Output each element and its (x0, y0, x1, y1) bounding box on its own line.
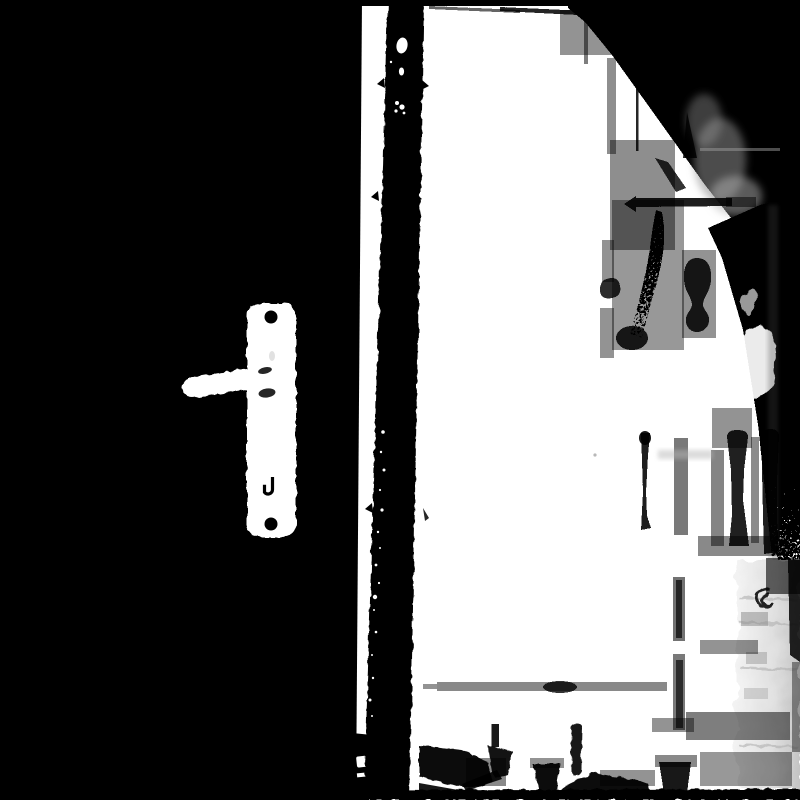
paint-speck (395, 101, 399, 105)
paint-speck (369, 699, 372, 702)
faint-smudge-line (658, 450, 713, 459)
shelf-line-dense-blob (543, 681, 577, 693)
paint-speck (375, 564, 378, 567)
door-silhouette (0, 0, 362, 800)
paint-speck (371, 654, 373, 656)
funnel-pot (659, 762, 691, 793)
column-block-3 (744, 688, 768, 699)
streak-dark-foot (616, 326, 648, 350)
speckled-strip-3 (751, 437, 759, 543)
paint-speck (371, 715, 373, 717)
paint-speck (377, 531, 379, 533)
hook-speckle-trail-down (600, 308, 614, 358)
speckle-patch-top (560, 10, 615, 55)
paint-speck (394, 109, 397, 112)
paint-speck (399, 104, 404, 109)
tools-bottom-speckle (698, 536, 790, 556)
bottom-floor-bar (352, 789, 800, 800)
column-block-1 (741, 612, 768, 626)
column-speckle-band-1 (700, 640, 758, 654)
shelf-line-faint (700, 148, 780, 151)
speckled-strip-2 (711, 450, 724, 546)
paint-speck (372, 677, 374, 679)
boot-stem (492, 724, 500, 747)
shelf-line-tail (423, 684, 437, 689)
paint-speck (373, 595, 377, 599)
paint-speck (375, 631, 378, 634)
drip-line-upper-core (676, 580, 682, 638)
paint-speck (378, 582, 380, 584)
paint-blob-small (399, 68, 404, 76)
paint-speck (380, 451, 382, 453)
screw-top (265, 311, 278, 324)
dotted-column-2 (607, 58, 616, 154)
column-speckle-low (700, 752, 792, 786)
photo-stage (0, 0, 800, 800)
column-speckle-band-2 (686, 712, 790, 740)
doorway-photo (0, 0, 800, 800)
paint-speck (379, 489, 381, 491)
screw-bottom (265, 518, 278, 531)
arrow-bar-fade (726, 197, 756, 207)
paint-speck (380, 508, 383, 511)
plate-smudge (269, 351, 275, 361)
right-edge-fade (792, 662, 800, 752)
stray-dot (593, 453, 596, 456)
drip-line-lower-core (676, 660, 683, 728)
paint-speck (381, 430, 385, 434)
paint-speck (390, 61, 392, 63)
paint-speck (403, 112, 406, 115)
column-speckle-band-3 (652, 718, 694, 732)
paint-speck (379, 547, 381, 549)
paint-speck (383, 469, 386, 472)
mound-speckle (600, 770, 655, 786)
worn-white-patch-small (740, 289, 756, 315)
mallet-tool-2 (762, 429, 779, 554)
bolt (571, 724, 582, 776)
paint-speck (373, 609, 375, 611)
handle-backplate (247, 303, 296, 537)
